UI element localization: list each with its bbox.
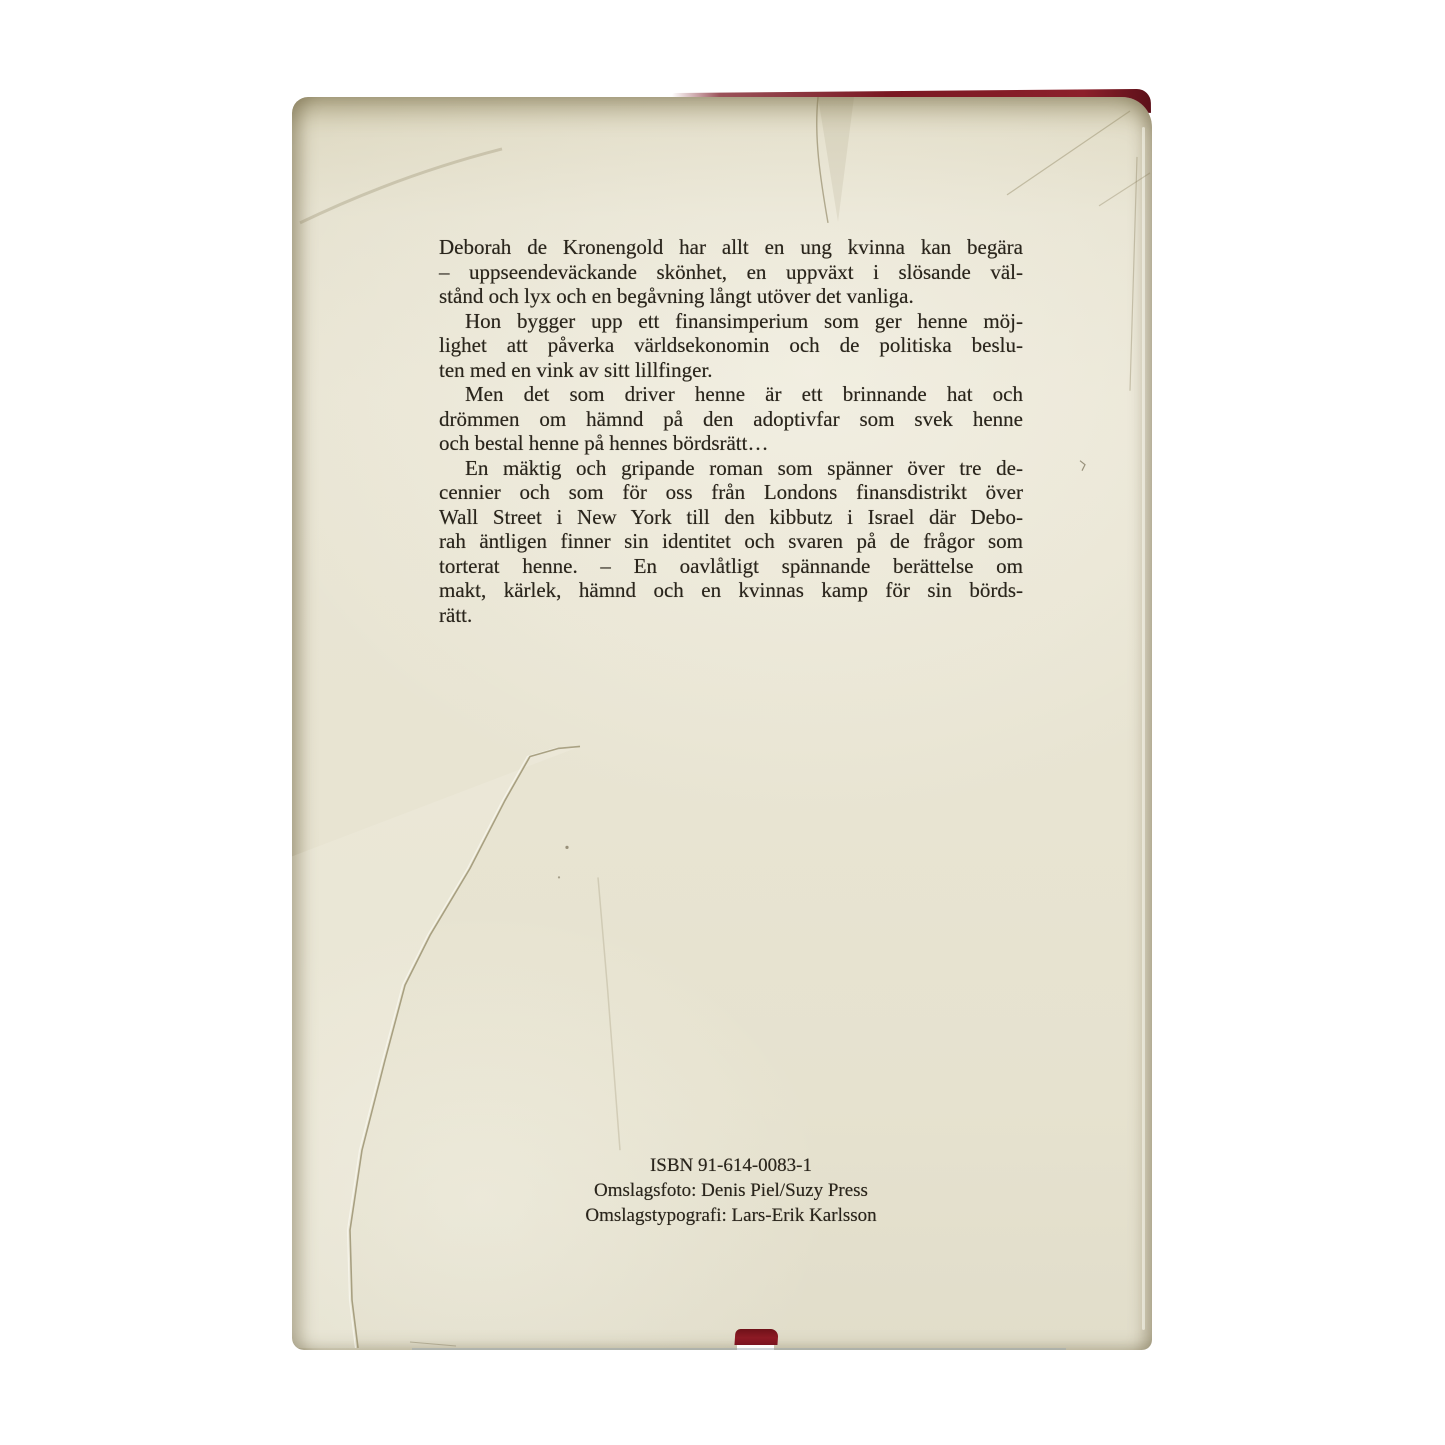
blurb-line: makt, kärlek, hämnd och en kvinnas kamp … xyxy=(439,578,1023,603)
crease-shading xyxy=(818,97,854,222)
speck-mark xyxy=(558,876,560,878)
cover-photo-credit: Omslagsfoto: Denis Piel/Suzy Press xyxy=(439,1178,1023,1203)
crease-line xyxy=(1007,111,1130,195)
blurb-line: drömmen om hämnd på den adoptivfar som s… xyxy=(439,407,1023,432)
blurb-paragraph-1: Deborah de Kronengold har allt en ung kv… xyxy=(439,235,1023,309)
crease-line xyxy=(817,97,828,223)
blurb-line: En mäktig och gripande roman som spänner… xyxy=(439,456,1023,481)
book-back-cover: Deborah de Kronengold har allt en ung kv… xyxy=(292,88,1152,1350)
isbn-text: ISBN 91-614-0083-1 xyxy=(439,1153,1023,1178)
board-red-notch xyxy=(734,1329,778,1345)
crease-line xyxy=(1099,173,1150,206)
blurb-line: Hon bygger upp ett finansimperium som ge… xyxy=(439,309,1023,334)
blurb-line: cennier och som för oss från Londons fin… xyxy=(439,480,1023,505)
blurb-line: stånd och lyx och en begåvning långt utö… xyxy=(439,284,1023,309)
blurb-line: ten med en vink av sitt lillfinger. xyxy=(439,358,1023,383)
crease-line xyxy=(350,746,580,1348)
crease-line xyxy=(300,149,502,223)
dust-jacket: Deborah de Kronengold har allt en ung kv… xyxy=(292,97,1152,1350)
photo-background: Deborah de Kronengold har allt en ung kv… xyxy=(0,0,1445,1445)
blurb-paragraph-4: En mäktig och gripande roman som spänner… xyxy=(439,456,1023,628)
jacket-bottom-notch xyxy=(735,1329,778,1350)
crease-shading xyxy=(292,746,580,1348)
colophon-block: ISBN 91-614-0083-1 Omslagsfoto: Denis Pi… xyxy=(439,1153,1023,1228)
crease-line xyxy=(598,877,620,1150)
scratch-mark xyxy=(410,1342,456,1346)
notch-white-gap xyxy=(737,1345,774,1350)
blurb-line: torterat henne. – En oavlåtligt spännand… xyxy=(439,554,1023,579)
blurb-line: och bestal henne på hennes bördsrätt… xyxy=(439,431,1023,456)
blurb-line: Men det som driver henne är ett brinnand… xyxy=(439,382,1023,407)
speck-mark xyxy=(1080,461,1085,471)
cover-typography-credit: Omslagstypografi: Lars-Erik Karlsson xyxy=(439,1203,1023,1228)
blurb-text-block: Deborah de Kronengold har allt en ung kv… xyxy=(439,235,1023,627)
crease-line xyxy=(348,746,578,1348)
crease-line xyxy=(1130,157,1137,391)
blurb-line: Deborah de Kronengold har allt en ung kv… xyxy=(439,235,1023,260)
blurb-paragraph-3: Men det som driver henne är ett brinnand… xyxy=(439,382,1023,456)
blurb-line: rah äntligen finner sin identitet och sv… xyxy=(439,529,1023,554)
blurb-line: Wall Street i New York till den kibbutz … xyxy=(439,505,1023,530)
speck-mark xyxy=(565,846,568,849)
blurb-line: lighet att påverka världsekonomin och de… xyxy=(439,333,1023,358)
blurb-line: rätt. xyxy=(439,603,1023,628)
blurb-line: – uppseendeväckande skönhet, en uppväxt … xyxy=(439,260,1023,285)
blurb-paragraph-2: Hon bygger upp ett finansimperium som ge… xyxy=(439,309,1023,383)
